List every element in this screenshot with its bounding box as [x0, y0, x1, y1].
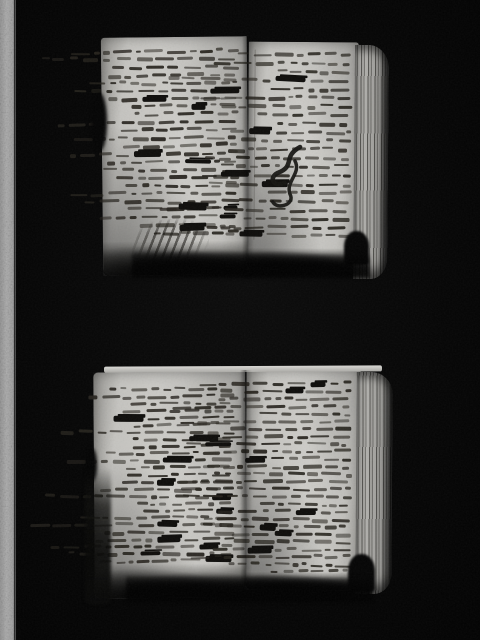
script-word-stroke — [317, 450, 332, 452]
script-word-stroke — [123, 552, 135, 555]
script-word-stroke — [110, 388, 117, 391]
script-word-stroke — [177, 424, 190, 427]
script-word-stroke — [191, 89, 208, 93]
script-word-stroke — [325, 234, 335, 236]
bold-headword-stroke — [205, 442, 231, 446]
script-word-stroke — [274, 562, 289, 565]
script-word-stroke — [224, 416, 235, 418]
script-word-stroke — [328, 62, 338, 65]
script-word-stroke — [142, 216, 158, 218]
script-word-stroke — [212, 232, 224, 235]
script-word-stroke — [79, 429, 93, 432]
script-word-stroke — [68, 123, 85, 126]
script-word-stroke — [180, 184, 190, 187]
script-word-stroke — [302, 456, 320, 459]
script-word-stroke — [201, 192, 221, 195]
script-word-stroke — [262, 79, 270, 82]
script-word-stroke — [343, 184, 351, 187]
script-word-stroke — [136, 75, 148, 79]
script-word-stroke — [53, 524, 72, 528]
script-word-stroke — [130, 81, 139, 84]
script-word-stroke — [281, 413, 291, 416]
script-word-stroke — [290, 71, 302, 73]
book-gutter-shadow — [240, 370, 252, 598]
script-word-stroke — [171, 170, 177, 173]
script-word-stroke — [344, 381, 352, 384]
script-word-stroke — [263, 479, 283, 483]
script-word-stroke — [341, 53, 351, 56]
script-word-stroke — [301, 62, 308, 65]
script-word-stroke — [278, 70, 288, 72]
script-word-stroke — [310, 398, 330, 402]
script-word-stroke — [196, 184, 209, 187]
script-word-stroke — [343, 62, 350, 65]
script-word-stroke — [177, 56, 193, 59]
script-word-stroke — [269, 473, 283, 477]
script-word-stroke — [283, 443, 291, 445]
script-word-stroke — [288, 382, 306, 385]
script-word-stroke — [321, 104, 334, 107]
script-word-stroke — [271, 457, 284, 460]
script-word-stroke — [198, 57, 214, 61]
script-word-stroke — [226, 410, 233, 413]
script-word-stroke — [167, 431, 186, 433]
script-word-stroke — [204, 517, 213, 520]
script-word-stroke — [107, 122, 116, 125]
script-word-stroke — [255, 540, 275, 544]
script-word-stroke — [325, 465, 338, 468]
script-word-stroke — [282, 450, 292, 453]
script-word-stroke — [347, 130, 352, 133]
script-word-stroke — [321, 504, 326, 506]
script-word-stroke — [326, 496, 339, 499]
script-word-stroke — [108, 97, 117, 101]
script-word-stroke — [267, 234, 287, 236]
script-word-stroke — [122, 410, 140, 414]
script-word-stroke — [119, 453, 134, 456]
script-word-stroke — [320, 122, 336, 126]
script-word-stroke — [103, 168, 117, 170]
script-word-stroke — [126, 468, 136, 470]
script-word-stroke — [338, 148, 347, 152]
script-word-stroke — [223, 78, 236, 82]
script-word-stroke — [165, 416, 176, 419]
script-word-stroke — [151, 495, 157, 499]
arabic-text-block — [105, 386, 236, 565]
script-word-stroke — [154, 184, 161, 186]
script-word-stroke — [156, 423, 171, 426]
script-word-stroke — [230, 143, 237, 146]
script-word-stroke — [320, 71, 329, 75]
script-word-stroke — [116, 155, 129, 158]
script-word-stroke — [148, 177, 164, 181]
script-word-stroke — [183, 168, 197, 171]
script-word-stroke — [335, 542, 350, 545]
script-word-stroke — [223, 450, 237, 453]
script-word-stroke — [179, 481, 188, 484]
script-word-stroke — [341, 158, 349, 161]
script-word-stroke — [200, 77, 220, 80]
script-word-stroke — [153, 465, 165, 469]
script-word-stroke — [184, 445, 196, 448]
script-word-stroke — [275, 557, 289, 559]
script-word-stroke — [151, 403, 157, 406]
script-word-stroke — [305, 502, 318, 505]
script-word-stroke — [144, 49, 163, 53]
script-word-stroke — [226, 180, 237, 183]
script-word-stroke — [315, 532, 332, 536]
script-word-stroke — [218, 58, 235, 60]
script-word-stroke — [131, 162, 142, 164]
script-word-stroke — [221, 198, 239, 202]
script-word-stroke — [186, 81, 201, 84]
script-word-stroke — [103, 51, 110, 55]
script-word-stroke — [318, 192, 336, 195]
script-word-stroke — [68, 552, 74, 554]
script-word-stroke — [311, 564, 323, 567]
script-word-stroke — [285, 397, 294, 400]
script-word-stroke — [151, 137, 166, 141]
script-word-stroke — [138, 122, 155, 126]
script-word-stroke — [324, 51, 336, 54]
script-word-stroke — [226, 495, 237, 497]
script-word-stroke — [147, 397, 166, 400]
script-word-stroke — [51, 546, 60, 549]
script-word-stroke — [254, 55, 272, 57]
script-word-stroke — [212, 185, 221, 187]
script-word-stroke — [294, 442, 302, 445]
script-word-stroke — [305, 70, 317, 73]
script-word-stroke — [151, 515, 170, 519]
script-word-stroke — [227, 49, 238, 52]
script-word-stroke — [127, 530, 145, 533]
script-word-stroke — [272, 114, 288, 117]
script-word-stroke — [159, 207, 176, 210]
script-word-stroke — [338, 106, 352, 109]
script-word-stroke — [330, 88, 349, 91]
top-spread-right-page — [247, 42, 359, 271]
script-word-stroke — [333, 436, 350, 439]
calligraphic-flourish — [264, 142, 311, 218]
script-word-stroke — [181, 421, 195, 423]
script-word-stroke — [202, 415, 219, 418]
spread-bottom-shadow — [126, 576, 372, 602]
script-word-stroke — [307, 105, 315, 109]
script-word-stroke — [278, 503, 284, 506]
script-word-stroke — [182, 395, 202, 398]
script-word-stroke — [329, 488, 341, 491]
script-word-stroke — [151, 169, 168, 172]
script-word-stroke — [278, 60, 285, 63]
script-word-stroke — [184, 136, 204, 140]
script-word-stroke — [218, 510, 233, 513]
script-word-stroke — [341, 444, 346, 447]
script-word-stroke — [302, 427, 311, 430]
script-word-stroke — [144, 105, 155, 108]
manuscript-spread-bottom — [90, 364, 398, 604]
script-word-stroke — [190, 431, 204, 434]
script-word-stroke — [278, 420, 296, 423]
script-word-stroke — [118, 136, 128, 138]
script-word-stroke — [310, 234, 322, 237]
script-word-stroke — [155, 129, 167, 132]
script-word-stroke — [64, 547, 80, 549]
script-word-stroke — [138, 176, 146, 179]
bold-headword-stroke — [163, 458, 192, 463]
script-word-stroke — [130, 216, 137, 219]
script-word-stroke — [203, 494, 223, 497]
script-word-stroke — [83, 58, 98, 62]
script-word-stroke — [138, 89, 154, 92]
script-word-stroke — [70, 57, 78, 60]
bold-headword-stroke — [190, 435, 219, 440]
script-word-stroke — [88, 395, 97, 399]
script-word-stroke — [120, 161, 126, 164]
script-word-stroke — [251, 561, 260, 565]
script-word-stroke — [224, 207, 243, 210]
script-word-stroke — [325, 556, 338, 559]
script-word-stroke — [311, 80, 324, 83]
script-word-stroke — [342, 466, 349, 469]
script-word-stroke — [277, 539, 290, 543]
script-word-stroke — [193, 530, 210, 532]
script-word-stroke — [331, 382, 339, 384]
script-word-stroke — [322, 199, 334, 202]
script-word-stroke — [187, 127, 202, 130]
script-word-stroke — [201, 112, 214, 115]
script-word-stroke — [332, 175, 341, 177]
script-word-stroke — [252, 382, 267, 385]
script-word-stroke — [169, 75, 180, 79]
script-word-stroke — [262, 389, 282, 392]
script-word-stroke — [260, 502, 275, 505]
book-gutter-shadow — [242, 37, 254, 279]
script-word-stroke — [215, 410, 224, 413]
bold-headword-stroke — [276, 75, 306, 82]
script-word-stroke — [331, 71, 349, 75]
script-word-stroke — [127, 473, 142, 476]
script-word-stroke — [162, 445, 180, 448]
script-word-stroke — [212, 474, 230, 476]
script-word-stroke — [339, 139, 351, 143]
script-word-stroke — [297, 54, 304, 57]
script-word-stroke — [277, 122, 283, 125]
script-word-stroke — [122, 167, 134, 170]
script-word-stroke — [136, 51, 141, 53]
spread-bottom-shadow — [132, 252, 370, 278]
script-word-stroke — [157, 191, 163, 194]
script-word-stroke — [133, 437, 139, 440]
script-word-stroke — [275, 549, 282, 552]
script-word-stroke — [116, 176, 133, 179]
script-word-stroke — [342, 174, 350, 177]
script-word-stroke — [203, 451, 220, 455]
script-word-stroke — [184, 152, 199, 156]
script-word-stroke — [312, 413, 329, 417]
script-word-stroke — [143, 145, 160, 149]
script-word-stroke — [117, 90, 134, 92]
script-word-stroke — [210, 104, 216, 106]
script-word-stroke — [301, 562, 306, 566]
script-word-stroke — [169, 410, 180, 413]
script-word-stroke — [90, 193, 103, 196]
script-word-stroke — [276, 397, 282, 400]
script-word-stroke — [45, 493, 55, 496]
script-word-stroke — [308, 130, 322, 133]
script-word-stroke — [123, 145, 140, 149]
script-word-stroke — [342, 405, 349, 408]
script-word-stroke — [213, 548, 228, 551]
script-word-stroke — [319, 88, 328, 92]
script-word-stroke — [141, 192, 152, 195]
script-word-stroke — [288, 502, 301, 505]
script-word-stroke — [156, 545, 175, 548]
script-word-stroke — [165, 510, 170, 513]
script-word-stroke — [145, 160, 163, 163]
script-word-stroke — [166, 151, 181, 155]
script-word-stroke — [145, 114, 159, 117]
script-word-stroke — [265, 563, 271, 565]
script-word-stroke — [113, 531, 125, 535]
script-word-stroke — [223, 466, 235, 469]
script-word-stroke — [186, 515, 198, 519]
script-word-stroke — [285, 428, 297, 431]
script-word-stroke — [171, 472, 179, 475]
script-word-stroke — [192, 96, 199, 99]
script-word-stroke — [225, 473, 231, 475]
script-word-stroke — [122, 480, 138, 484]
script-word-stroke — [138, 169, 145, 172]
script-word-stroke — [334, 164, 349, 166]
script-word-stroke — [329, 480, 348, 483]
script-word-stroke — [171, 396, 180, 400]
script-word-stroke — [267, 224, 286, 227]
script-word-stroke — [119, 80, 126, 83]
script-word-stroke — [312, 519, 328, 523]
script-word-stroke — [163, 438, 177, 442]
script-word-stroke — [160, 503, 167, 506]
script-word-stroke — [339, 123, 347, 127]
script-word-stroke — [306, 495, 324, 498]
script-word-stroke — [307, 442, 326, 445]
script-word-stroke — [223, 432, 234, 434]
bold-headword-stroke — [275, 531, 292, 537]
script-word-stroke — [218, 113, 229, 116]
script-word-stroke — [107, 162, 115, 166]
script-word-stroke — [188, 509, 195, 511]
script-word-stroke — [346, 389, 352, 392]
script-word-stroke — [113, 65, 125, 68]
script-word-stroke — [135, 113, 140, 116]
script-word-stroke — [302, 122, 316, 124]
script-word-stroke — [152, 559, 169, 563]
script-word-stroke — [180, 143, 197, 146]
script-word-stroke — [85, 201, 95, 204]
script-word-stroke — [171, 82, 184, 85]
script-word-stroke — [324, 404, 337, 408]
script-word-stroke — [205, 156, 215, 159]
script-word-stroke — [213, 61, 230, 65]
script-word-stroke — [163, 146, 175, 149]
script-word-stroke — [202, 153, 213, 156]
script-word-stroke — [155, 57, 174, 61]
script-word-stroke — [345, 487, 351, 491]
bold-headword-stroke — [157, 535, 180, 542]
script-word-stroke — [259, 412, 277, 414]
script-word-stroke — [308, 96, 317, 99]
script-word-stroke — [215, 142, 227, 146]
script-word-stroke — [193, 451, 199, 453]
script-word-stroke — [208, 388, 218, 391]
script-word-stroke — [124, 75, 131, 78]
script-word-stroke — [308, 112, 326, 116]
script-word-stroke — [309, 88, 315, 92]
script-word-stroke — [129, 495, 147, 498]
script-word-stroke — [187, 467, 200, 469]
script-word-stroke — [208, 502, 214, 506]
script-word-stroke — [343, 497, 352, 500]
script-word-stroke — [99, 152, 112, 156]
script-word-stroke — [194, 405, 211, 408]
script-word-stroke — [312, 404, 319, 408]
script-word-stroke — [255, 218, 265, 220]
script-word-stroke — [159, 402, 178, 404]
script-word-stroke — [288, 405, 306, 408]
script-word-stroke — [320, 512, 330, 515]
script-word-stroke — [319, 420, 331, 423]
script-word-stroke — [327, 226, 345, 229]
script-word-stroke — [221, 105, 236, 108]
script-word-stroke — [52, 57, 64, 60]
bold-headword-stroke — [178, 203, 206, 210]
script-word-stroke — [133, 138, 149, 142]
script-word-stroke — [291, 132, 304, 134]
script-word-stroke — [311, 435, 330, 437]
bold-headword-stroke — [285, 388, 303, 393]
script-word-stroke — [159, 121, 175, 125]
script-word-stroke — [208, 431, 219, 435]
script-word-stroke — [330, 114, 348, 117]
script-word-stroke — [116, 561, 125, 563]
script-word-stroke — [195, 458, 206, 461]
script-word-stroke — [324, 548, 330, 550]
script-word-stroke — [293, 489, 310, 492]
script-word-stroke — [335, 511, 348, 514]
script-word-stroke — [163, 552, 181, 556]
script-word-stroke — [253, 472, 265, 475]
script-word-stroke — [324, 459, 339, 462]
script-word-stroke — [184, 473, 196, 476]
script-word-stroke — [109, 139, 115, 141]
script-word-stroke — [287, 547, 297, 550]
arabic-text-block — [251, 380, 352, 577]
script-word-stroke — [168, 137, 180, 140]
script-word-stroke — [322, 147, 333, 149]
script-word-stroke — [114, 545, 129, 548]
script-word-stroke — [148, 417, 160, 419]
script-word-stroke — [100, 216, 112, 219]
script-word-stroke — [295, 95, 302, 98]
script-word-stroke — [146, 409, 166, 412]
script-word-stroke — [201, 168, 216, 172]
script-word-stroke — [106, 89, 112, 92]
script-word-stroke — [332, 413, 340, 417]
script-word-stroke — [131, 192, 136, 194]
script-word-stroke — [268, 96, 285, 100]
script-word-stroke — [293, 517, 310, 521]
script-word-stroke — [214, 406, 226, 409]
script-word-stroke — [172, 503, 182, 505]
